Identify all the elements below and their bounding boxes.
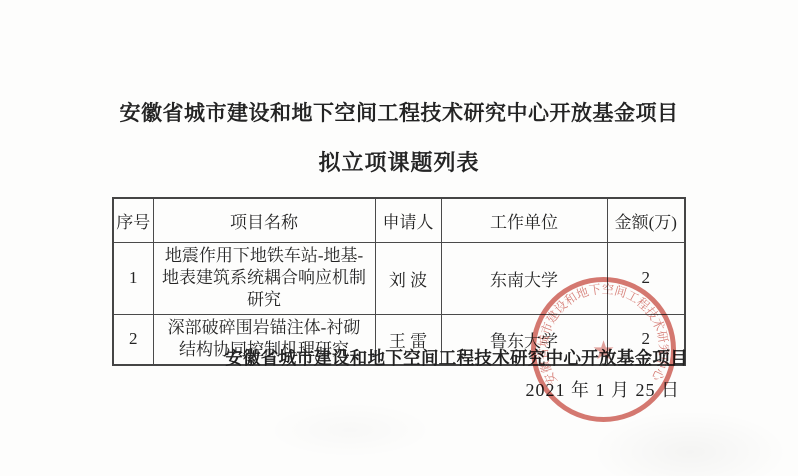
cell-amount: 2 — [607, 242, 685, 314]
col-header-no: 序号 — [113, 198, 153, 242]
cell-no: 1 — [113, 242, 153, 314]
cell-project: 地震作用下地铁车站-地基-地表建筑系统耦合响应机制研究 — [153, 242, 375, 314]
scanned-document-page: 安徽省城市建设和地下空间工程技术研究中心开放基金项目 拟立项课题列表 序号 项目… — [0, 0, 798, 476]
projects-table: 序号 项目名称 申请人 工作单位 金额(万) 1 地震作用下地铁车站-地基-地表… — [112, 197, 686, 366]
col-header-organization: 工作单位 — [441, 198, 607, 242]
cell-applicant: 刘 波 — [375, 242, 441, 314]
document-title: 安徽省城市建设和地下空间工程技术研究中心开放基金项目 — [0, 97, 798, 127]
signature-org: 安徽省城市建设和地下空间工程技术研究中心开放基金项目 — [225, 345, 688, 370]
cell-no: 2 — [113, 314, 153, 364]
col-header-project: 项目名称 — [153, 198, 375, 242]
document-subtitle: 拟立项课题列表 — [0, 146, 798, 177]
col-header-amount: 金额(万) — [607, 198, 685, 242]
cell-organization: 东南大学 — [441, 242, 607, 314]
col-header-applicant: 申请人 — [375, 198, 441, 242]
signature-date: 2021 年 1 月 25 日 — [526, 376, 681, 402]
table-header-row: 序号 项目名称 申请人 工作单位 金额(万) — [113, 198, 685, 242]
table-row: 1 地震作用下地铁车站-地基-地表建筑系统耦合响应机制研究 刘 波 东南大学 2 — [113, 242, 685, 314]
